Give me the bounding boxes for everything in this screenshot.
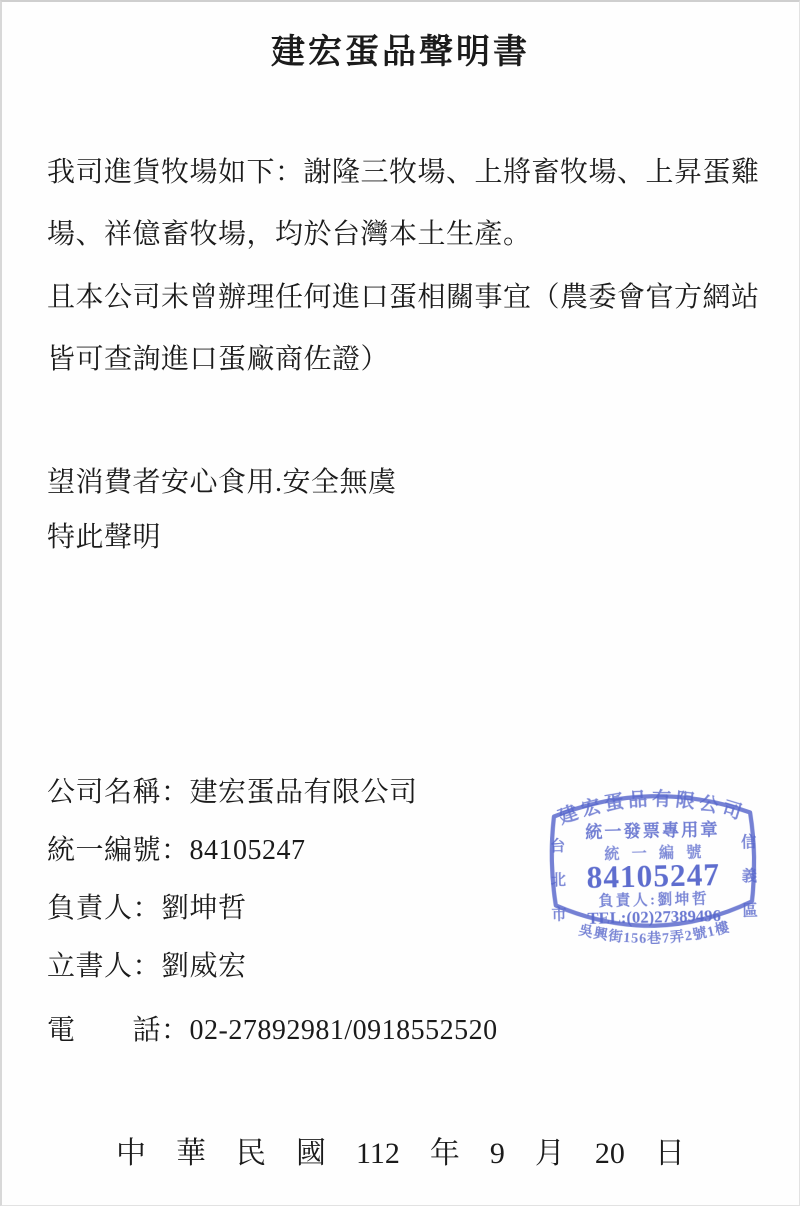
document-title: 建宏蛋品聲明書	[2, 24, 799, 73]
stamp-tel-line: TEL:(02)27389496	[587, 906, 721, 928]
company-stamp: 建宏蛋品有限公司 統一發票專用章 統一編號 84105247 負責人:劉坤哲 T…	[538, 768, 768, 955]
stamp-district-char: 信	[741, 833, 757, 851]
stamp-city-char: 市	[551, 905, 567, 923]
closing-line: 望消費者安心食用.安全無虞	[47, 460, 767, 500]
body-line: 場、祥億畜牧場，均於台灣本土生產。	[47, 212, 767, 252]
phone-line: 電 話：02-27892981/0918552520	[47, 1008, 767, 1048]
stamp-district-char: 義	[742, 867, 758, 885]
body-line: 皆可查詢進口蛋廠商佐證）	[47, 337, 767, 377]
declaration-document: 建宏蛋品聲明書 我司進貨牧場如下：謝隆三牧場、上將畜牧場、上昇蛋雞 場、祥億畜牧…	[0, 0, 800, 1206]
stamp-city-char: 北	[551, 872, 567, 889]
body-line: 我司進貨牧場如下：謝隆三牧場、上將畜牧場、上昇蛋雞	[47, 150, 767, 190]
stamp-city-char: 台	[550, 837, 566, 855]
stamp-invoice-seal-label: 統一發票專用章	[585, 819, 720, 842]
body-line: 且本公司未曾辦理任何進口蛋相關事宜（農委會官方網站	[47, 275, 767, 315]
stamp-tax-id-number: 84105247	[586, 857, 720, 895]
date-line: 中 華 民 國 112 年 9 月 20 日	[2, 1128, 799, 1172]
stamp-district-char: 區	[742, 901, 758, 919]
closing-line: 特此聲明	[47, 515, 767, 555]
